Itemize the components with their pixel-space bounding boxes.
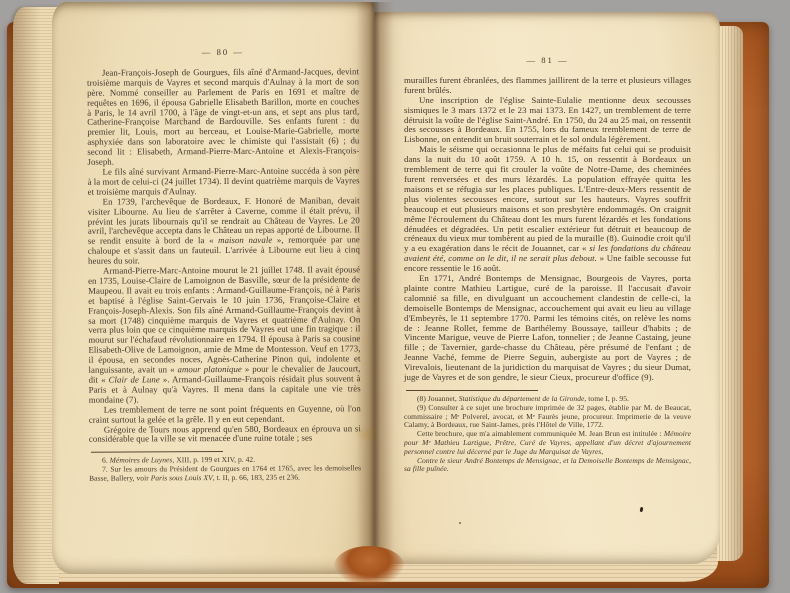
- footnote-separator: [91, 451, 223, 453]
- footnote: Cette brochure, que m'a aimablement comm…: [404, 430, 691, 456]
- left-page: — 80 — Jean-François-Joseph de Gourgues,…: [52, 2, 374, 574]
- paragraph: Armand-Pierre-Marc-Antoine mourut le 21 …: [88, 265, 361, 405]
- paragraph: Le fils aîné survivant Armand-Pierre-Mar…: [87, 166, 359, 197]
- paragraph: Les tremblement de terre ne sont point f…: [89, 404, 361, 425]
- right-fore-edge: [717, 26, 743, 561]
- left-page-number: — 80 —: [87, 47, 359, 58]
- footnote-separator: [406, 390, 538, 391]
- ink-speck: [459, 522, 461, 524]
- paragraph: Jean-François-Joseph de Gourgues, fils a…: [87, 67, 360, 167]
- paragraph: En 1771, André Bontemps de Mensignac, Bo…: [404, 274, 691, 383]
- paragraph: Mais le séisme qui occasionna le plus de…: [404, 145, 691, 274]
- book-photo: — 80 — Jean-François-Joseph de Gourgues,…: [0, 0, 790, 593]
- right-page: — 81 — murailles furent ébranlées, des f…: [374, 12, 720, 564]
- spine-damage: [334, 546, 404, 586]
- footnote: 7. Sur les amours du Président de Gourgu…: [89, 464, 361, 483]
- paragraph: murailles furent ébranlées, des flammes …: [404, 76, 691, 96]
- paragraph: En 1739, l'archevêque de Bordeaux, F. Ho…: [88, 196, 360, 267]
- paragraph: Une inscription de l'église Sainte-Eulal…: [404, 96, 691, 146]
- paragraph: Grégoire de Tours nous apprend qu'en 580…: [89, 424, 361, 445]
- right-page-number: — 81 —: [404, 56, 691, 66]
- left-page-text: — 80 — Jean-François-Joseph de Gourgues,…: [87, 47, 361, 483]
- footnote: Contre le sieur André Bontemps de Mensig…: [404, 457, 691, 475]
- footnote: (9) Consulter à ce sujet une brochure im…: [404, 404, 691, 430]
- right-page-text: — 81 — murailles furent ébranlées, des f…: [404, 56, 691, 474]
